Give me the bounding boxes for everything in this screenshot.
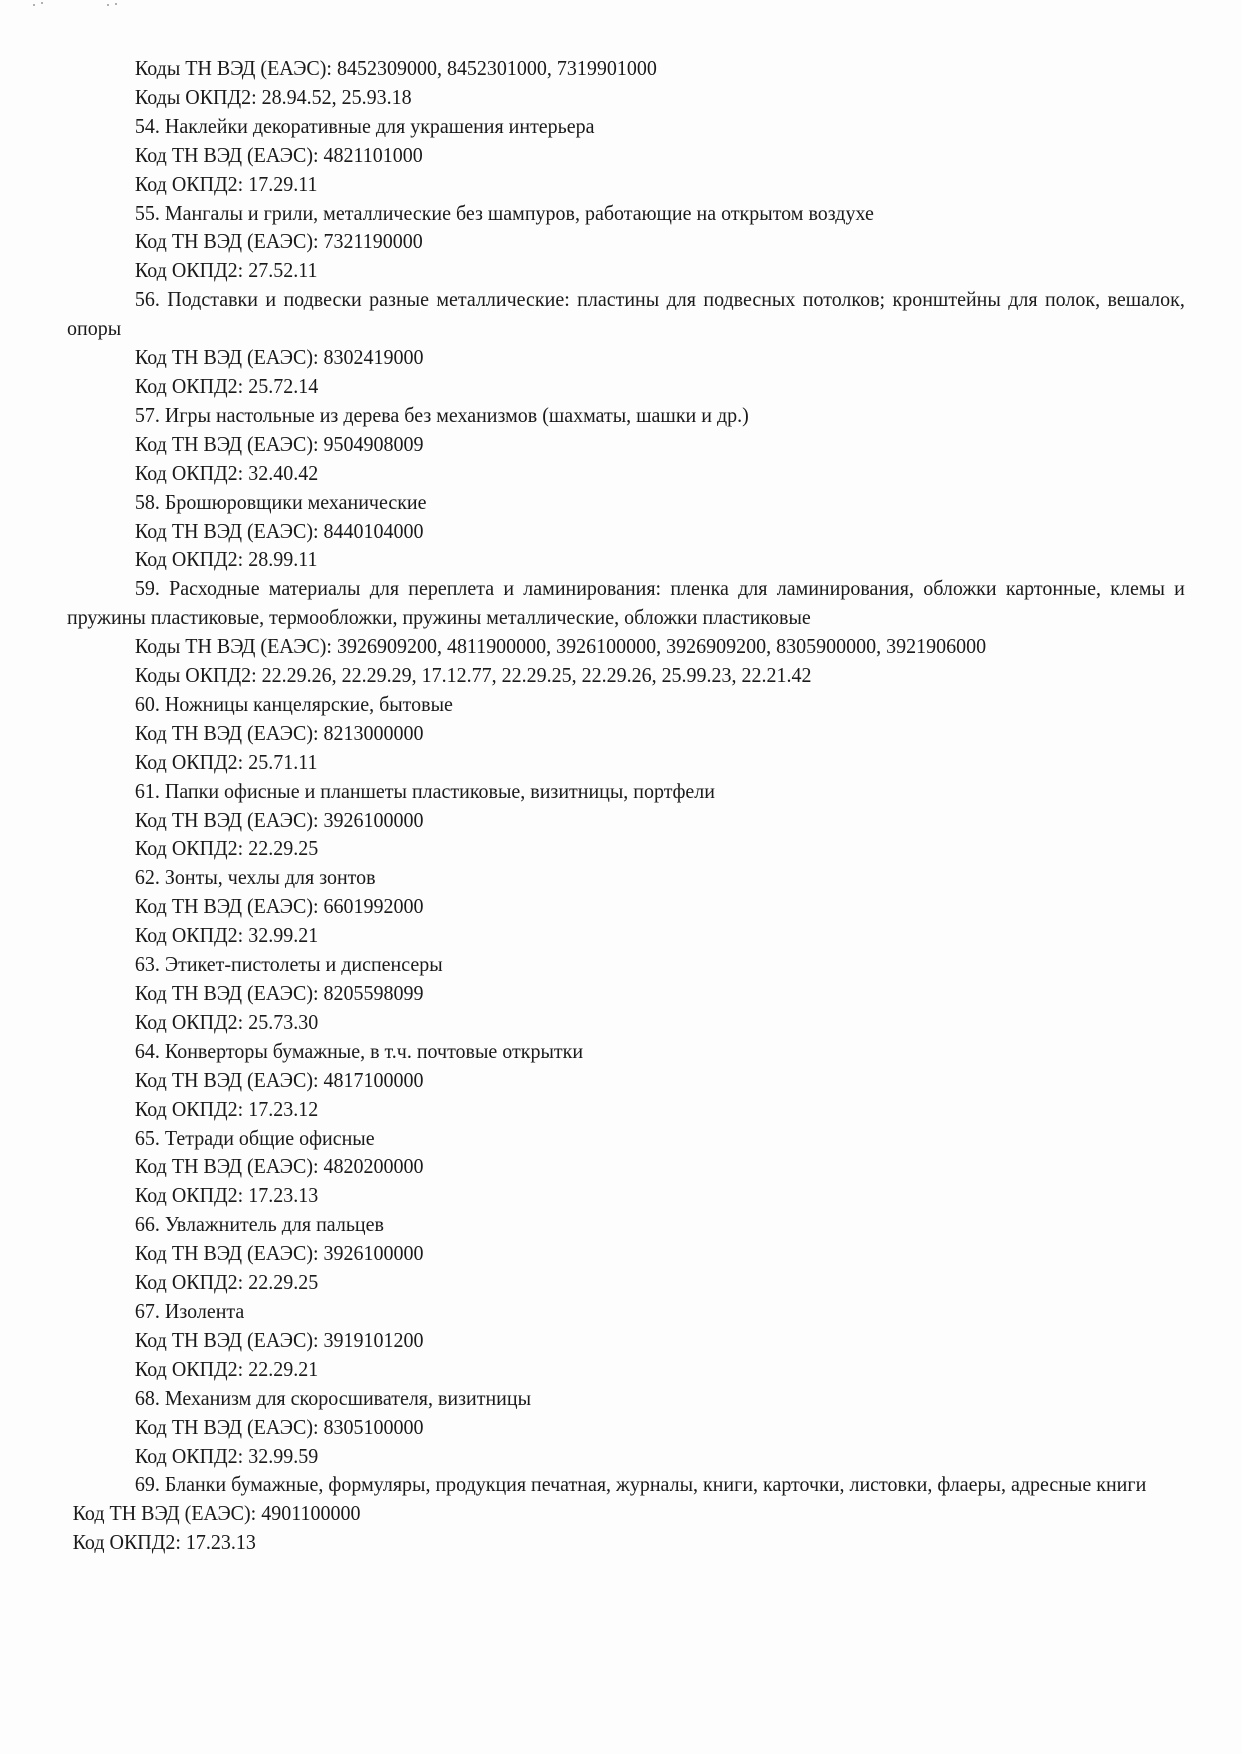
code-line: Код ТН ВЭД (ЕАЭС): 4901100000 — [67, 1499, 1185, 1528]
code-line: Код ОКПД2: 32.40.42 — [67, 459, 1185, 488]
list-item-title: 69. Бланки бумажные, формуляры, продукци… — [67, 1470, 1185, 1499]
code-line: Код ОКПД2: 32.99.21 — [67, 921, 1185, 950]
document-body: Коды ТН ВЭД (ЕАЭС): 8452309000, 84523010… — [67, 54, 1185, 1557]
code-line: Код ТН ВЭД (ЕАЭС): 3919101200 — [67, 1326, 1185, 1355]
list-item-title: 56. Подставки и подвески разные металлич… — [67, 285, 1185, 343]
code-line: Код ТН ВЭД (ЕАЭС): 4821101000 — [67, 141, 1185, 170]
list-item-title: 57. Игры настольные из дерева без механи… — [67, 401, 1185, 430]
list-item-title: 59. Расходные материалы для переплета и … — [67, 574, 1185, 632]
list-item-title: 66. Увлажнитель для пальцев — [67, 1210, 1185, 1239]
code-line: Код ТН ВЭД (ЕАЭС): 8302419000 — [67, 343, 1185, 372]
code-line: Код ОКПД2: 17.23.13 — [67, 1181, 1185, 1210]
code-line: Код ТН ВЭД (ЕАЭС): 8440104000 — [67, 517, 1185, 546]
code-line: Код ТН ВЭД (ЕАЭС): 4820200000 — [67, 1152, 1185, 1181]
list-item-title: 55. Мангалы и грили, металлические без ш… — [67, 199, 1185, 228]
code-line: Код ТН ВЭД (ЕАЭС): 8213000000 — [67, 719, 1185, 748]
code-line: Код ТН ВЭД (ЕАЭС): 4817100000 — [67, 1066, 1185, 1095]
code-line: Код ОКПД2: 25.72.14 — [67, 372, 1185, 401]
code-line: Код ОКПД2: 17.23.13 — [67, 1528, 1185, 1557]
scan-speck — [33, 4, 35, 6]
code-line: Код ТН ВЭД (ЕАЭС): 8205598099 — [67, 979, 1185, 1008]
list-item-title: 54. Наклейки декоративные для украшения … — [67, 112, 1185, 141]
code-line: Код ОКПД2: 25.73.30 — [67, 1008, 1185, 1037]
code-line: Коды ОКПД2: 22.29.26, 22.29.29, 17.12.77… — [67, 661, 1185, 690]
list-item-title: 65. Тетради общие офисные — [67, 1124, 1185, 1153]
code-line: Код ТН ВЭД (ЕАЭС): 7321190000 — [67, 227, 1185, 256]
code-line: Код ТН ВЭД (ЕАЭС): 6601992000 — [67, 892, 1185, 921]
code-line: Код ОКПД2: 28.99.11 — [67, 545, 1185, 574]
scan-speck — [107, 4, 109, 6]
list-item-title: 58. Брошюровщики механические — [67, 488, 1185, 517]
code-line: Коды ОКПД2: 28.94.52, 25.93.18 — [67, 83, 1185, 112]
code-line: Код ОКПД2: 22.29.25 — [67, 1268, 1185, 1297]
list-item-title: 60. Ножницы канцелярские, бытовые — [67, 690, 1185, 719]
list-item-title: 67. Изолента — [67, 1297, 1185, 1326]
code-line: Коды ТН ВЭД (ЕАЭС): 3926909200, 48119000… — [67, 632, 1185, 661]
code-line: Коды ТН ВЭД (ЕАЭС): 8452309000, 84523010… — [67, 54, 1185, 83]
scan-artifacts — [30, 2, 130, 10]
list-item-title: 64. Конверторы бумажные, в т.ч. почтовые… — [67, 1037, 1185, 1066]
code-line: Код ТН ВЭД (ЕАЭС): 3926100000 — [67, 1239, 1185, 1268]
code-line: Код ОКПД2: 27.52.11 — [67, 256, 1185, 285]
code-line: Код ТН ВЭД (ЕАЭС): 3926100000 — [67, 806, 1185, 835]
list-item-title: 62. Зонты, чехлы для зонтов — [67, 863, 1185, 892]
list-item-title: 63. Этикет-пистолеты и диспенсеры — [67, 950, 1185, 979]
code-line: Код ОКПД2: 22.29.21 — [67, 1355, 1185, 1384]
code-line: Код ОКПД2: 17.23.12 — [67, 1095, 1185, 1124]
code-line: Код ОКПД2: 22.29.25 — [67, 834, 1185, 863]
code-line: Код ТН ВЭД (ЕАЭС): 8305100000 — [67, 1413, 1185, 1442]
code-line: Код ТН ВЭД (ЕАЭС): 9504908009 — [67, 430, 1185, 459]
code-line: Код ОКПД2: 25.71.11 — [67, 748, 1185, 777]
code-line: Код ОКПД2: 32.99.59 — [67, 1442, 1185, 1471]
scan-speck — [41, 2, 43, 4]
list-item-title: 68. Механизм для скоросшивателя, визитни… — [67, 1384, 1185, 1413]
scan-speck — [115, 3, 117, 5]
document-page: Коды ТН ВЭД (ЕАЭС): 8452309000, 84523010… — [0, 0, 1242, 1754]
code-line: Код ОКПД2: 17.29.11 — [67, 170, 1185, 199]
list-item-title: 61. Папки офисные и планшеты пластиковые… — [67, 777, 1185, 806]
